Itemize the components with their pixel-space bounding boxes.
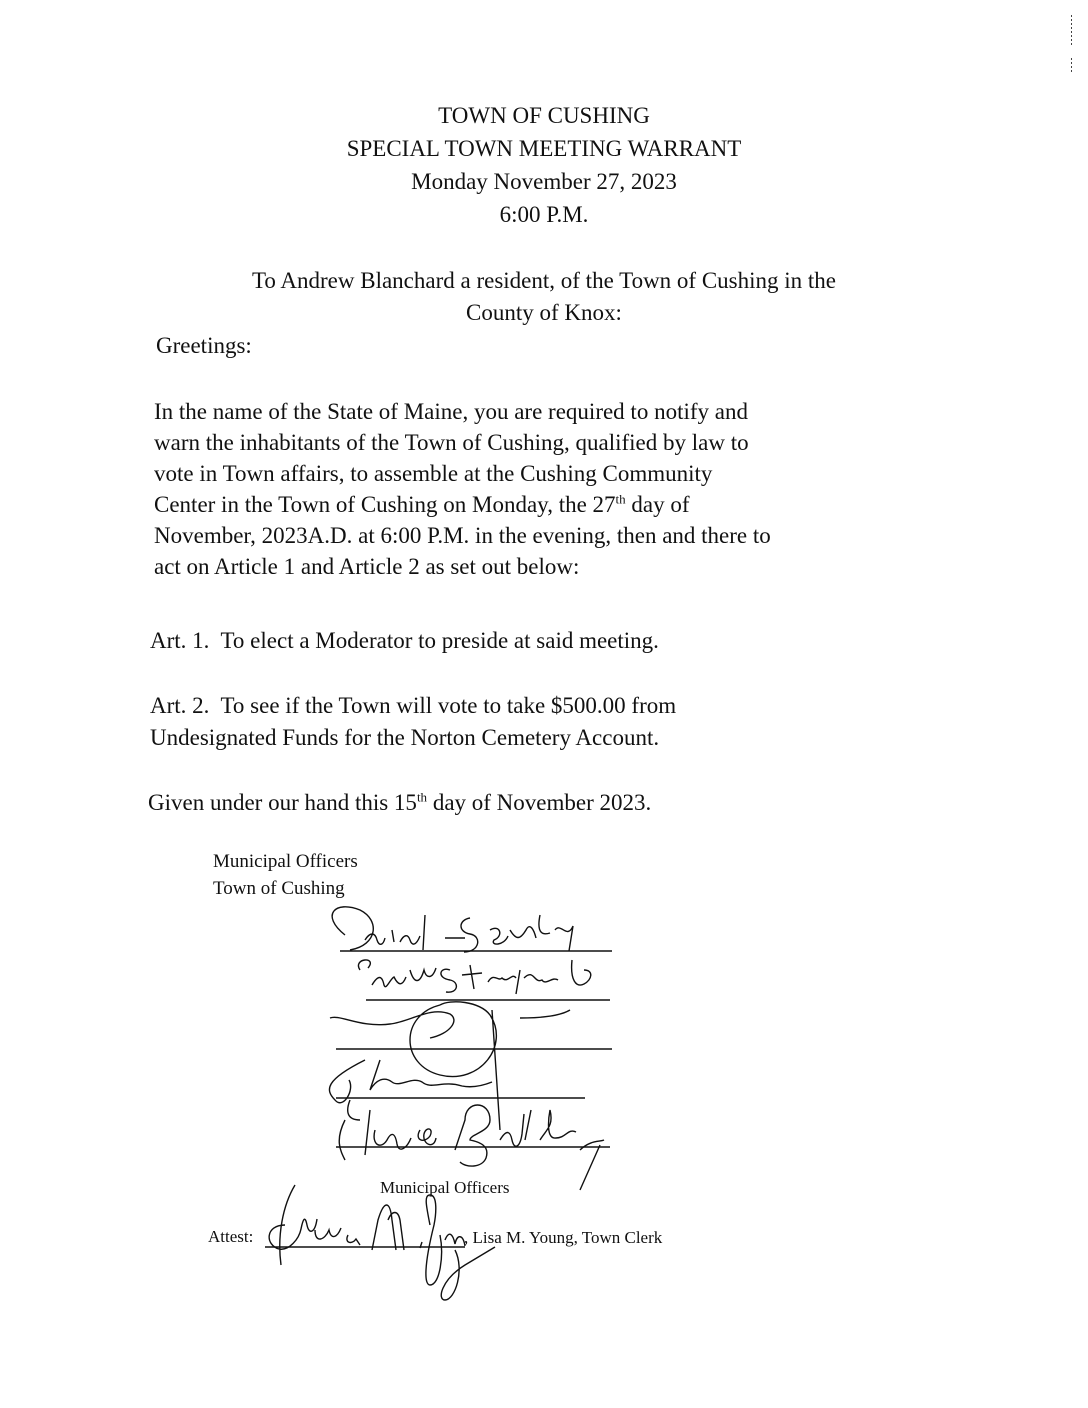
signature-third [330, 1002, 570, 1130]
scan-edge-mark [1071, 58, 1072, 72]
town-title: TOWN OF CUSHING [0, 101, 1088, 130]
warrant-title: SPECIAL TOWN MEETING WARRANT [0, 134, 1088, 163]
article-2-line-1: Art. 2. To see if the Town will vote to … [150, 690, 676, 721]
town-label: Town of Cushing [213, 875, 345, 902]
scan-edge-mark [1071, 15, 1072, 45]
clerk-name: , Lisa M. Young, Town Clerk [464, 1227, 662, 1249]
signature-cheryl-stackpole [358, 960, 590, 994]
meeting-time: 6:00 P.M. [0, 200, 1088, 229]
county-line: County of Knox: [0, 298, 1088, 327]
body-line: warn the inhabitants of the Town of Cush… [154, 427, 771, 458]
body-line: vote in Town affairs, to assemble at the… [154, 458, 771, 489]
municipal-officers-footer: Municipal Officers [380, 1177, 510, 1199]
body-line: In the name of the State of Maine, you a… [154, 396, 771, 427]
signature-lisa-young [269, 1185, 495, 1300]
meeting-date: Monday November 27, 2023 [0, 167, 1088, 196]
given-statement: Given under our hand this 15th day of No… [148, 787, 651, 818]
article-1: Art. 1. To elect a Moderator to preside … [150, 625, 659, 656]
body-line: act on Article 1 and Article 2 as set ou… [154, 551, 771, 582]
body-line: November, 2023A.D. at 6:00 P.M. in the e… [154, 520, 771, 551]
attest-label: Attest: [208, 1226, 253, 1248]
officers-label: Municipal Officers [213, 848, 358, 875]
body-line: Center in the Town of Cushing on Monday,… [154, 489, 771, 520]
signature-daniel-staples [332, 907, 573, 952]
greeting: Greetings: [156, 331, 252, 360]
warrant-body: In the name of the State of Maine, you a… [154, 396, 771, 582]
article-2-line-2: Undesignated Funds for the Norton Cemete… [150, 722, 659, 753]
signature-fourth [329, 1060, 492, 1120]
addressee-line: To Andrew Blanchard a resident, of the T… [0, 266, 1088, 295]
